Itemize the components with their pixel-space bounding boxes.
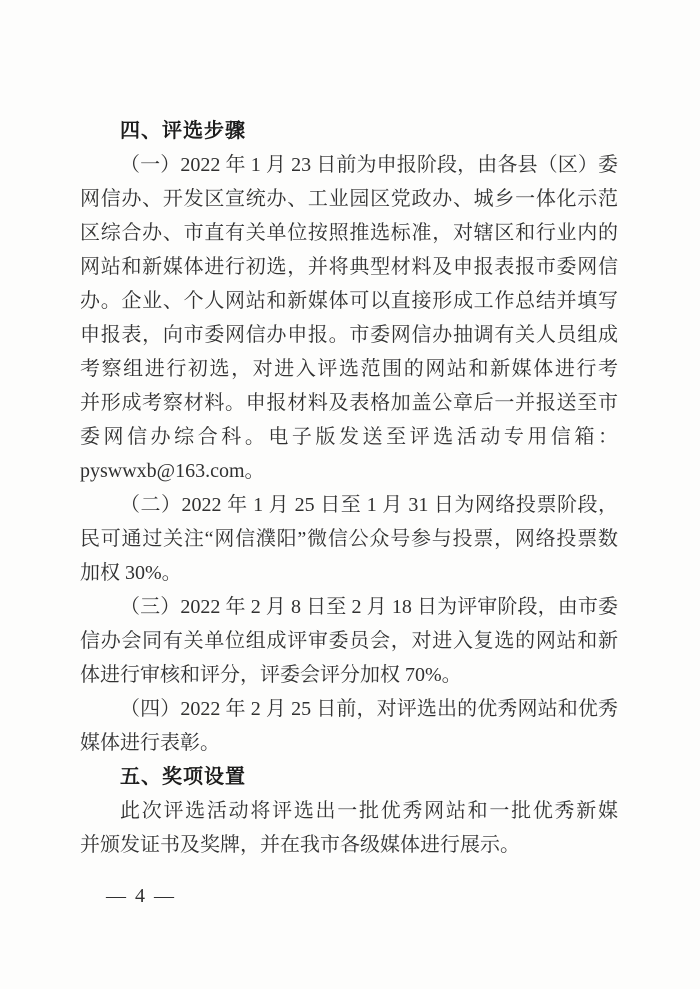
text-line: 申报表，向市委网信办申报。市委网信办抽调有关人员组成 xyxy=(80,318,618,352)
text-line: 网信办、开发区宣统办、工业园区党政办、城乡一体化示范 xyxy=(80,182,618,216)
text-line: 体进行审核和评分，评委会评分加权 70%。 xyxy=(80,658,618,692)
document-body: 四、评选步骤（一）2022 年 1 月 23 日前为申报阶段，由各县（区）委网信… xyxy=(80,114,618,862)
text-line: pyswwxb@163.com。 xyxy=(80,454,618,488)
text-line: 区综合办、市直有关单位按照推选标准，对辖区和行业内的 xyxy=(80,216,618,250)
paragraph-step-2: （二）2022 年 1 月 25 日至 1 月 31 日为网络投票阶段，网民可通… xyxy=(80,488,618,590)
section-heading-4: 四、评选步骤 xyxy=(80,114,618,148)
text-line: 加权 30%。 xyxy=(80,556,618,590)
text-line: 网站和新媒体进行初选，并将典型材料及申报表报市委网信 xyxy=(80,250,618,284)
text-line: （一）2022 年 1 月 23 日前为申报阶段，由各县（区）委 xyxy=(80,148,618,182)
document-page: 四、评选步骤（一）2022 年 1 月 23 日前为申报阶段，由各县（区）委网信… xyxy=(0,0,700,989)
section-heading-5: 五、奖项设置 xyxy=(80,760,618,794)
text-line: 媒体进行表彰。 xyxy=(80,726,618,760)
paragraph-awards: 此次评选活动将评选出一批优秀网站和一批优秀新媒体，并颁发证书及奖牌，并在我市各级… xyxy=(80,794,618,862)
text-line: 信办会同有关单位组成评审委员会，对进入复选的网站和新媒 xyxy=(80,624,618,658)
text-line: （二）2022 年 1 月 25 日至 1 月 31 日为网络投票阶段，网 xyxy=(80,488,618,522)
text-line: 民可通过关注“网信濮阳”微信公众号参与投票，网络投票数 xyxy=(80,522,618,556)
text-line: 并形成考察材料。申报材料及表格加盖公章后一并报送至市 xyxy=(80,386,618,420)
text-line: （四）2022 年 2 月 25 日前，对评选出的优秀网站和优秀新 xyxy=(80,692,618,726)
paragraph-step-1: （一）2022 年 1 月 23 日前为申报阶段，由各县（区）委网信办、开发区宣… xyxy=(80,148,618,488)
page-number: — 4 — xyxy=(106,879,176,913)
text-line: 办。企业、个人网站和新媒体可以直接形成工作总结并填写 xyxy=(80,284,618,318)
text-line: 考察组进行初选，对进入评选范围的网站和新媒体进行考察， xyxy=(80,352,618,386)
text-line: 并颁发证书及奖牌，并在我市各级媒体进行展示。 xyxy=(80,828,618,862)
text-line: 委网信办综合科。电子版发送至评选活动专用信箱： xyxy=(80,420,618,454)
paragraph-step-3: （三）2022 年 2 月 8 日至 2 月 18 日为评审阶段，由市委网信办会… xyxy=(80,590,618,692)
text-line: 此次评选活动将评选出一批优秀网站和一批优秀新媒体， xyxy=(80,794,618,828)
paragraph-step-4: （四）2022 年 2 月 25 日前，对评选出的优秀网站和优秀新媒体进行表彰。 xyxy=(80,692,618,760)
text-line: （三）2022 年 2 月 8 日至 2 月 18 日为评审阶段，由市委网 xyxy=(80,590,618,624)
